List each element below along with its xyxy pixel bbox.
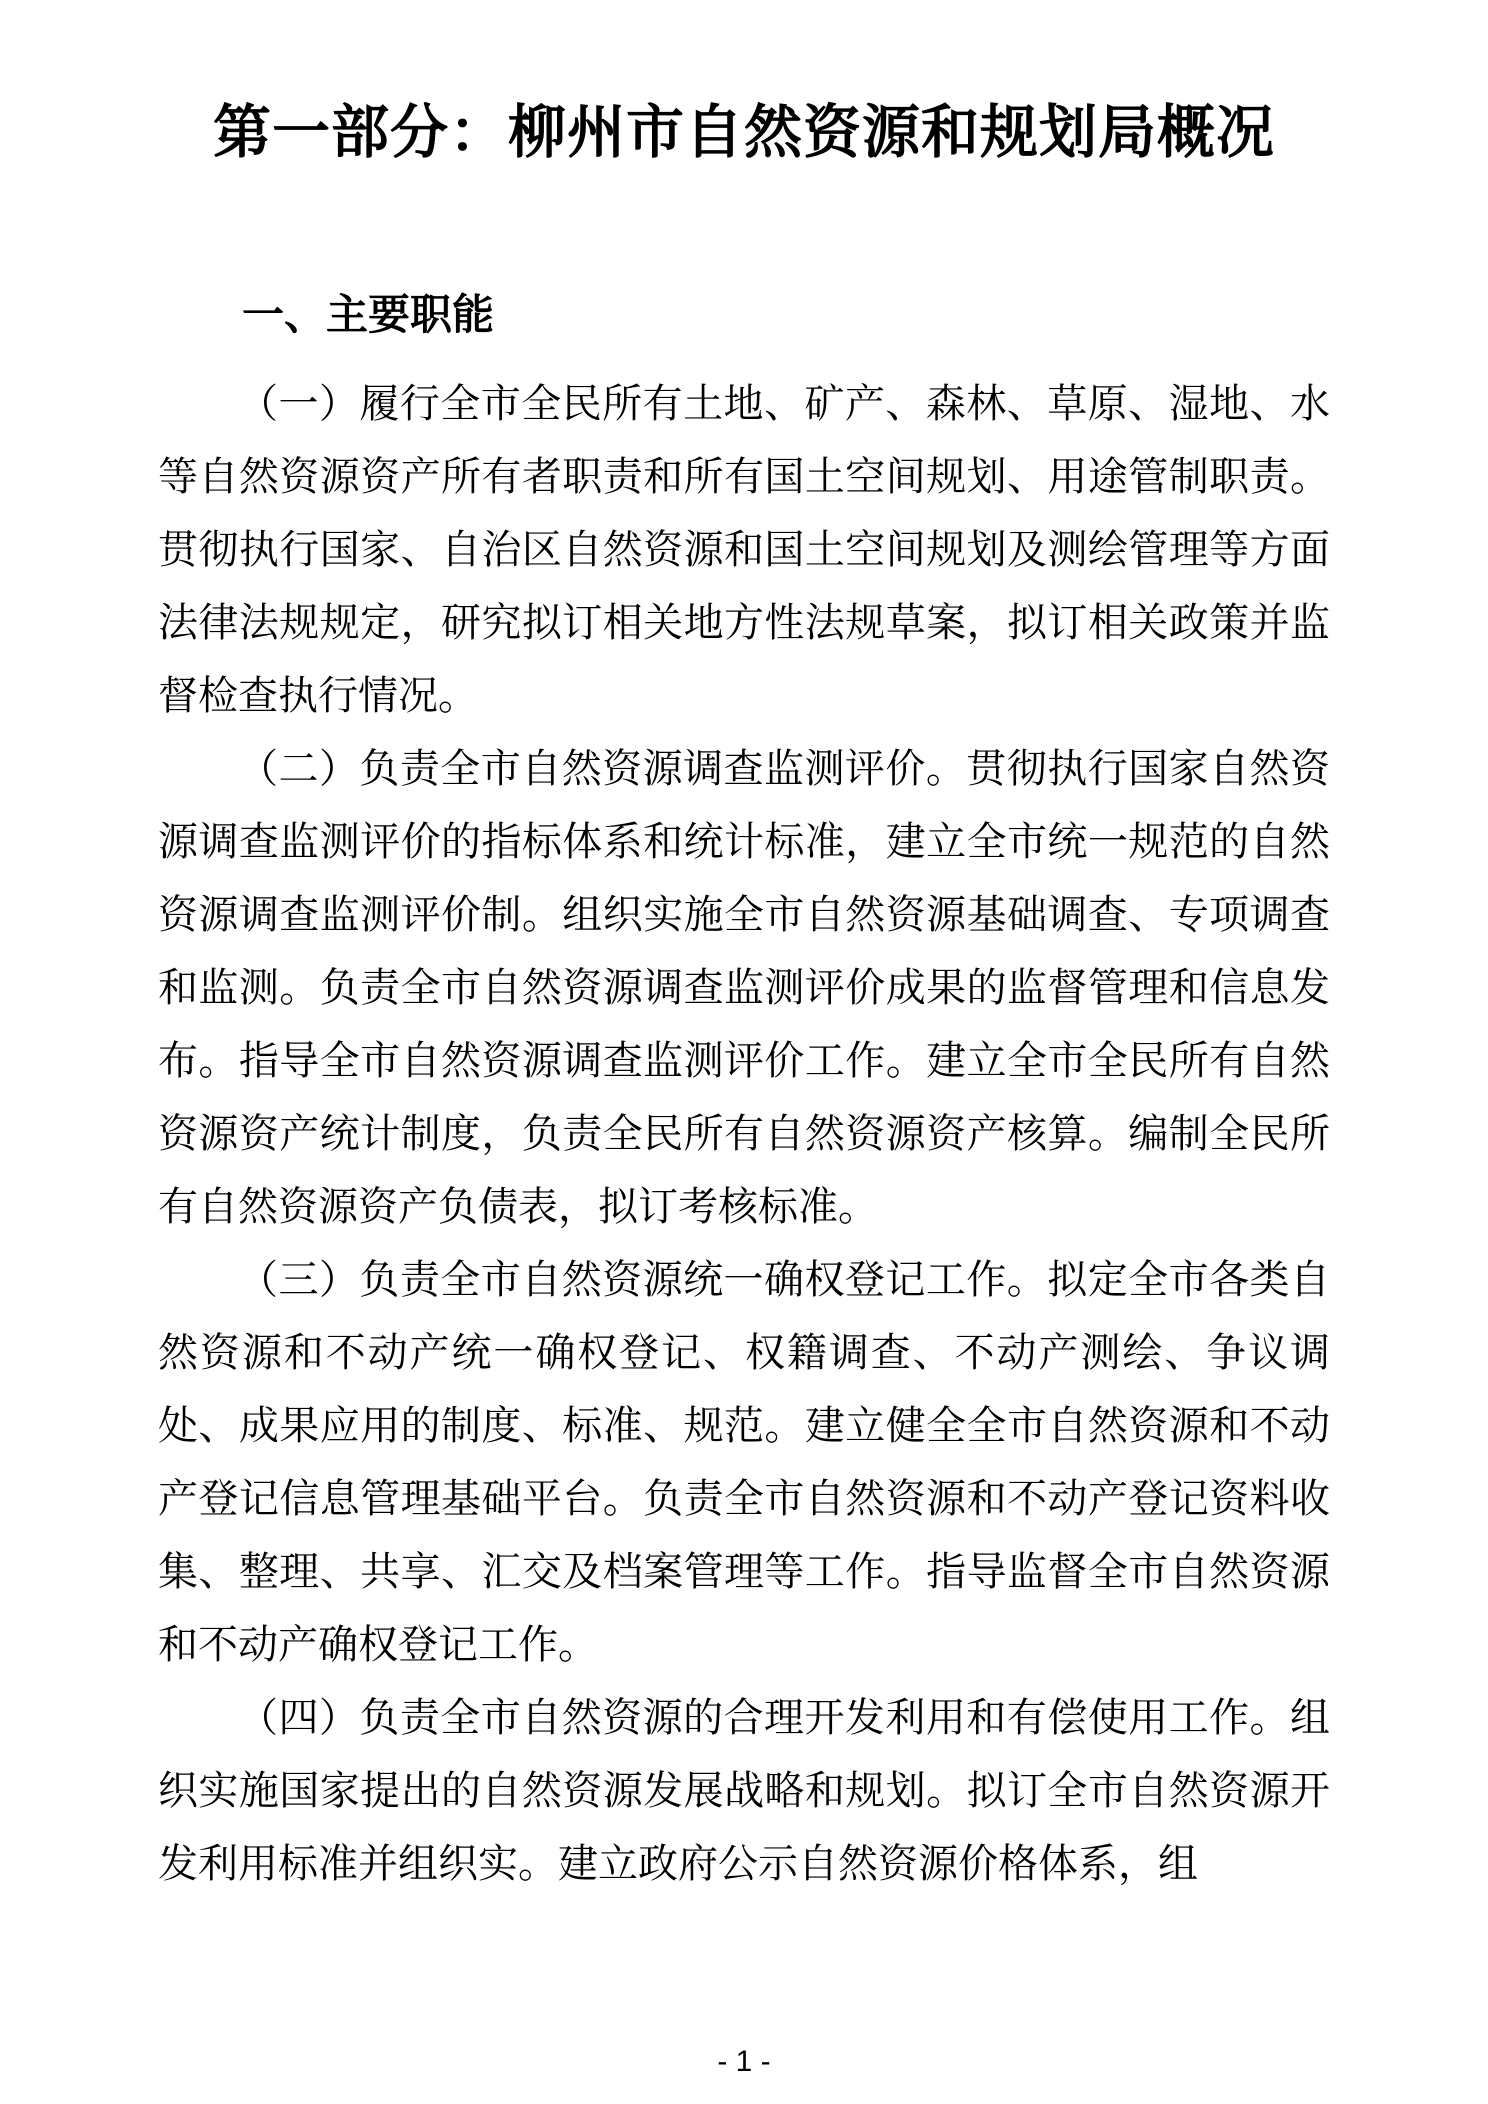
paragraph-function-4: （四）负责全市自然资源的合理开发利用和有偿使用工作。组织实施国家提出的自然资源发… [158,1682,1330,1901]
section-heading-main-functions: 一、主要职能 [158,288,1330,342]
paragraph-function-3: （三）负责全市自然资源统一确权登记工作。拟定全市各类自然资源和不动产统一确权登记… [158,1244,1330,1682]
paragraph-function-1: （一）履行全市全民所有土地、矿产、森林、草原、湿地、水等自然资源资产所有者职责和… [158,368,1330,733]
document-page: 第一部分：柳州市自然资源和规划局概况 一、主要职能 （一）履行全市全民所有土地、… [0,0,1488,2104]
paragraph-function-2: （二）负责全市自然资源调查监测评价。贯彻执行国家自然资源调查监测评价的指标体系和… [158,733,1330,1244]
page-number: - 1 - [0,2044,1488,2080]
document-content: 第一部分：柳州市自然资源和规划局概况 一、主要职能 （一）履行全市全民所有土地、… [0,94,1488,1901]
document-title: 第一部分：柳州市自然资源和规划局概况 [158,94,1330,172]
